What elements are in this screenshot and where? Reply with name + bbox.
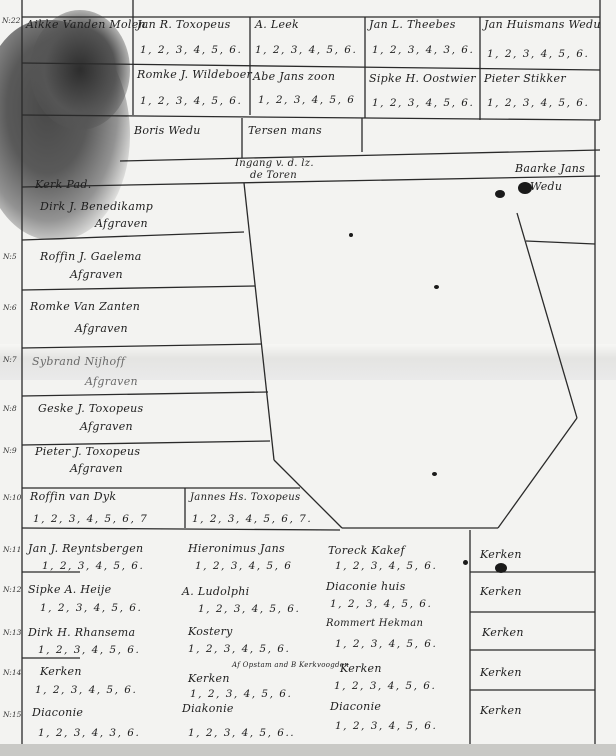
plot-numbers: 1, 2, 3, 4, 5, 6. xyxy=(198,603,300,615)
plot-name: Toreck Kakef xyxy=(328,544,405,557)
plot-name: Kerken xyxy=(482,626,524,639)
plot-name: Geske J. Toxopeus xyxy=(38,402,143,415)
plot-name: Kerken xyxy=(480,704,522,717)
plot-name: Diaconie huis xyxy=(326,580,406,593)
plot-name: Roffin van Dyk xyxy=(30,490,116,503)
plot-numbers: 1, 2, 3, 4, 5, 6. xyxy=(35,684,137,696)
plot-name: Abe Jans zoon xyxy=(253,70,335,83)
plot-numbers: 1, 2, 3, 4, 3, 6. xyxy=(38,727,140,739)
plot-name: Sipke A. Heije xyxy=(28,583,111,596)
passage-label: Ingang v. d. lz. xyxy=(235,158,314,169)
plot-name: Kerken xyxy=(480,585,522,598)
plot-name: Aikke Vanden Molen xyxy=(26,18,146,31)
plot-name: Boris Wedu xyxy=(134,124,201,137)
plot-name: Kerken xyxy=(480,548,522,561)
plot-note: Afgraven xyxy=(70,268,123,281)
plot-name: A. Leek xyxy=(255,18,299,31)
plot-note: Afgraven xyxy=(70,462,123,475)
plot-name: Romke Van Zanten xyxy=(30,300,140,313)
plot-numbers: 1, 2, 3, 4, 5, 6. xyxy=(38,644,140,656)
plot-numbers: 1, 2, 3, 4, 5, 6. xyxy=(372,97,474,109)
plot-numbers: 1, 2, 3, 4, 5, 6. xyxy=(334,680,436,692)
plot-name: Hieronimus Jans xyxy=(188,542,285,555)
plot-number: N:15 xyxy=(3,710,21,719)
plot-number: N:5 xyxy=(3,252,17,261)
plot-name: Kerken xyxy=(480,666,522,679)
plot-name: Pieter J. Toxopeus xyxy=(35,445,140,458)
plot-name: Roffin J. Gaelema xyxy=(40,250,142,263)
plot-name: Diaconie xyxy=(330,700,381,713)
plot-numbers: 1, 2, 3, 4, 5, 6, 7 xyxy=(33,513,148,525)
plot-number: N:9 xyxy=(3,446,17,455)
plot-name: Kostery xyxy=(188,625,233,638)
plot-numbers: 1, 2, 3, 4, 5, 6. xyxy=(335,638,437,650)
plot-numbers: 1, 2, 3, 4, 5, 6. xyxy=(140,95,242,107)
plot-number: N:12 xyxy=(3,585,21,594)
plot-name: Rommert Hekman xyxy=(326,618,423,629)
plot-name: Jan L. Theebes xyxy=(369,18,456,31)
plot-numbers: 1, 2, 3, 4, 3, 6. xyxy=(372,44,474,56)
plot-name: Sybrand Nijhoff xyxy=(32,355,125,368)
plot-number: N:14 xyxy=(3,668,21,677)
parcel-owner: Wedu xyxy=(530,180,562,193)
plot-name: Kerken xyxy=(40,665,82,678)
passage-label: de Toren xyxy=(250,170,297,181)
plot-name: Diaconie xyxy=(32,706,83,719)
plot-numbers: 1, 2, 3, 4, 5, 6 xyxy=(258,94,355,106)
scanned-document: N:22 Aikke Vanden Molen Jan R. Toxopeus … xyxy=(0,0,616,756)
plot-note: Afgraven xyxy=(85,375,138,388)
plot-superscript: Af Opstam and B Kerkvoogden xyxy=(232,661,349,669)
plot-numbers: 1, 2, 3, 4, 5, 6. xyxy=(330,598,432,610)
plot-numbers: 1, 2, 3, 4, 5, 6. xyxy=(487,97,589,109)
plot-numbers: 1, 2, 3, 4, 5, 6. xyxy=(140,44,242,56)
plot-name: Kerken xyxy=(188,672,230,685)
plot-name: Dirk J. Benedikamp xyxy=(40,200,153,213)
plot-numbers: 1, 2, 3, 4, 5, 6, 7. xyxy=(192,513,312,525)
plot-numbers: 1, 2, 3, 4, 5, 6.. xyxy=(188,727,295,739)
plot-numbers: 1, 2, 3, 4, 5, 6. xyxy=(42,560,144,572)
plot-note: Afgraven xyxy=(95,217,148,230)
scan-edge xyxy=(0,744,616,756)
path-label: Kerk Pad. xyxy=(35,178,92,191)
plot-name: Tersen mans xyxy=(248,124,322,137)
plot-numbers: 1, 2, 3, 4, 5, 6. xyxy=(335,720,437,732)
plot-name: Pieter Stikker xyxy=(484,72,566,85)
plot-name: Jan Huismans Wedu xyxy=(484,18,601,31)
plot-numbers: 1, 2, 3, 4, 5, 6 xyxy=(195,560,292,572)
plot-numbers: 1, 2, 3, 4, 5, 6. xyxy=(190,688,292,700)
plot-number: N:11 xyxy=(3,545,21,554)
margin-number: N:22 xyxy=(2,16,20,25)
plot-number: N:10 xyxy=(3,493,21,502)
plot-numbers: 1, 2, 3, 4, 5, 6. xyxy=(255,44,357,56)
plot-numbers: 1, 2, 3, 4, 5, 6. xyxy=(40,602,142,614)
plot-number: N:7 xyxy=(3,355,17,364)
plot-name: Sipke H. Oostwier xyxy=(369,72,476,85)
plot-name: Kerken xyxy=(340,662,382,675)
plot-name: Jan R. Toxopeus xyxy=(137,18,231,31)
plot-name: Diakonie xyxy=(182,702,234,715)
plot-name: Jan J. Reyntsbergen xyxy=(28,542,143,555)
plot-name: Romke J. Wildeboer xyxy=(137,68,252,81)
plot-numbers: 1, 2, 3, 4, 5, 6. xyxy=(188,643,290,655)
plot-number: N:6 xyxy=(3,303,17,312)
plot-name: Jannes Hs. Toxopeus xyxy=(190,492,300,503)
plot-note: Afgraven xyxy=(80,420,133,433)
plot-note: Afgraven xyxy=(75,322,128,335)
plot-name: Dirk H. Rhansema xyxy=(28,626,135,639)
plot-numbers: 1, 2, 3, 4, 5, 6. xyxy=(487,48,589,60)
plot-numbers: 1, 2, 3, 4, 5, 6. xyxy=(335,560,437,572)
plot-name: A. Ludolphi xyxy=(182,585,249,598)
parcel-owner: Baarke Jans xyxy=(515,162,585,175)
plot-number: N:8 xyxy=(3,404,17,413)
plot-number: N:13 xyxy=(3,628,21,637)
